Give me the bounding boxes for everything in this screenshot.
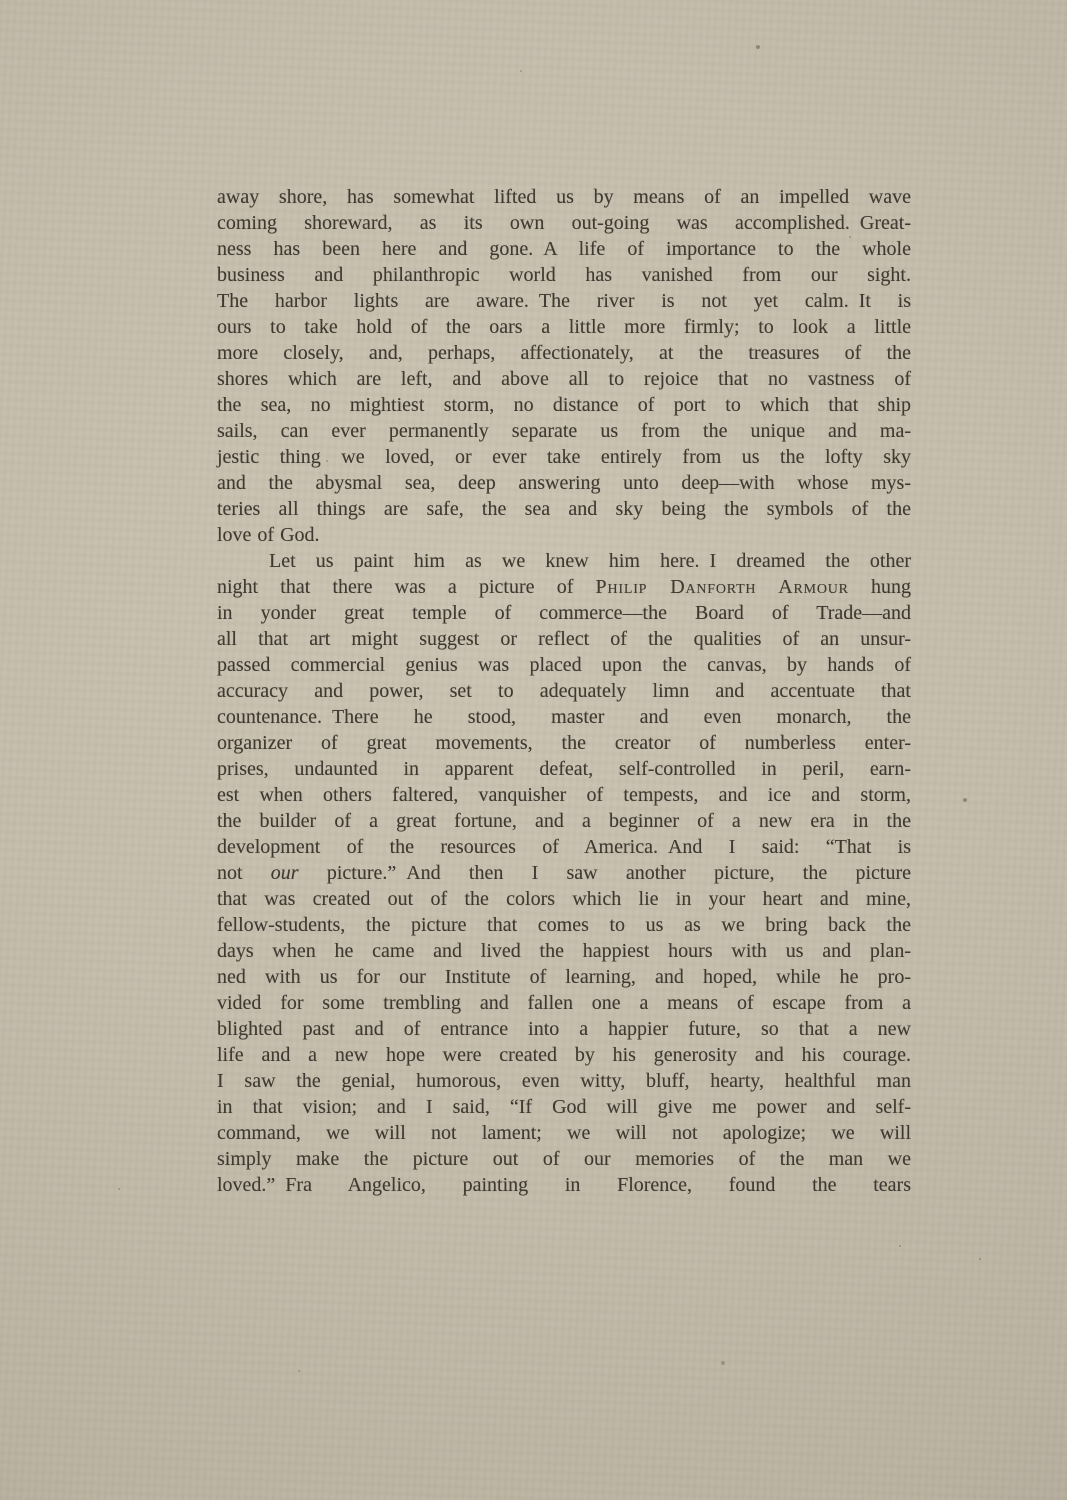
text-line: ness has been here and gone. A life of i… — [217, 236, 911, 262]
text-line: vided for some trembling and fallen one … — [217, 990, 911, 1016]
paper-specks — [0, 0, 2, 2]
paragraph-start-line: Let us paint him as we knew him here. I … — [217, 548, 911, 574]
text-line: passed commercial genius was placed upon… — [217, 652, 911, 678]
italic-word: our — [271, 862, 299, 884]
text-line: The harbor lights are aware. The river i… — [217, 288, 911, 314]
text-line: development of the resources of America.… — [217, 834, 911, 860]
text-line: the builder of a great fortune, and a be… — [217, 808, 911, 834]
text-line: simply make the picture out of our memor… — [217, 1146, 911, 1172]
book-page: away shore, has somewhat lifted us by me… — [0, 0, 1067, 1500]
text-line: life and a new hope were created by his … — [217, 1042, 911, 1068]
text-line: not our picture.” And then I saw another… — [217, 860, 911, 886]
text-line: blighted past and of entrance into a hap… — [217, 1016, 911, 1042]
text-line: command, we will not lament; we will not… — [217, 1120, 911, 1146]
text-line: ned with us for our Institute of learnin… — [217, 964, 911, 990]
text-line: in that vision; and I said, “If God will… — [217, 1094, 911, 1120]
text-segment: hung — [849, 576, 911, 598]
text-line: shores which are left, and above all to … — [217, 366, 911, 392]
text-line: ours to take hold of the oars a little m… — [217, 314, 911, 340]
text-line: in yonder great temple of commerce—the B… — [217, 600, 911, 626]
text-line: countenance. There he stood, master and … — [217, 704, 911, 730]
person-name-smallcaps: Philip Danforth Armour — [596, 576, 849, 598]
text-line: coming shoreward, as its own out-going w… — [217, 210, 911, 236]
text-line: teries all things are safe, the sea and … — [217, 496, 911, 522]
text-line: accuracy and power, set to adequately li… — [217, 678, 911, 704]
text-line: jestic thing we loved, or ever take enti… — [217, 444, 911, 470]
text-line: and the abysmal sea, deep answering unto… — [217, 470, 911, 496]
text-line: away shore, has somewhat lifted us by me… — [217, 184, 911, 210]
paragraph-end-line: love of God. — [217, 522, 911, 548]
text-line: night that there was a picture of Philip… — [217, 574, 911, 600]
text-line: prises, undaunted in apparent defeat, se… — [217, 756, 911, 782]
text-line: days when he came and lived the happiest… — [217, 938, 911, 964]
text-line: the sea, no mightiest storm, no distance… — [217, 392, 911, 418]
text-line: organizer of great movements, the creato… — [217, 730, 911, 756]
text-line: loved.” Fra Angelico, painting in Floren… — [217, 1172, 911, 1198]
text-line: more closely, and, perhaps, affectionate… — [217, 340, 911, 366]
text-segment: not — [217, 862, 271, 884]
text-line: all that art might suggest or reflect of… — [217, 626, 911, 652]
text-segment: picture.” And then I saw another picture… — [299, 862, 911, 884]
page-text-block: away shore, has somewhat lifted us by me… — [217, 184, 911, 1198]
text-line: fellow-students, the picture that comes … — [217, 912, 911, 938]
text-line: sails, can ever permanently separate us … — [217, 418, 911, 444]
text-line: I saw the genial, humorous, even witty, … — [217, 1068, 911, 1094]
text-line: business and philanthropic world has van… — [217, 262, 911, 288]
text-line: that was created out of the colors which… — [217, 886, 911, 912]
text-line: est when others faltered, vanquisher of … — [217, 782, 911, 808]
text-segment: night that there was a picture of — [217, 576, 596, 598]
